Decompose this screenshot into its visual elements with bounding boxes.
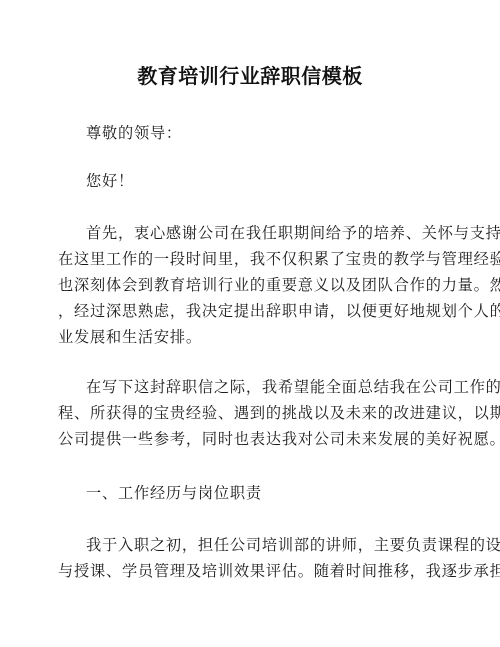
document-title: 教育培训行业辞职信模板 <box>0 60 500 89</box>
greeting-text: 您好！ <box>58 168 446 194</box>
paragraph-line: 与授课、学员管理及培训效果评估。随着时间推移，我逐步承担了 <box>58 558 446 584</box>
greeting: 您好！ <box>58 168 446 194</box>
paragraph-line: 也深刻体会到教育培训行业的重要意义以及团队合作的力量。然而 <box>58 272 446 298</box>
paragraph-line: 业发展和生活安排。 <box>58 324 446 350</box>
salutation-text: 尊敬的领导： <box>58 120 446 146</box>
paragraph-line: 在这里工作的一段时间里，我不仅积累了宝贵的教学与管理经验， <box>58 246 446 272</box>
paragraph-line: 公司提供一些参考，同时也表达我对公司未来发展的美好祝愿。 <box>58 426 446 452</box>
paragraph-line: 在写下这封辞职信之际，我希望能全面总结我在公司工作的过 <box>58 374 446 400</box>
paragraph-line: 程、所获得的宝贵经验、遇到的挑战以及未来的改进建议，以期为 <box>58 400 446 426</box>
paragraph-summary: 在写下这封辞职信之际，我希望能全面总结我在公司工作的过 程、所获得的宝贵经验、遇… <box>58 374 446 452</box>
section-heading-text: 一、工作经历与岗位职责 <box>58 480 446 506</box>
section-heading: 一、工作经历与岗位职责 <box>58 480 446 506</box>
paragraph-line: 我于入职之初，担任公司培训部的讲师，主要负责课程的设计 <box>58 532 446 558</box>
salutation: 尊敬的领导： <box>58 120 446 146</box>
paragraph-experience: 我于入职之初，担任公司培训部的讲师，主要负责课程的设计 与授课、学员管理及培训效… <box>58 532 446 584</box>
paragraph-line: 首先，衷心感谢公司在我任职期间给予的培养、关怀与支持。 <box>58 220 446 246</box>
paragraph-line: ，经过深思熟虑，我决定提出辞职申请，以便更好地规划个人的职 <box>58 298 446 324</box>
paragraph-thanks: 首先，衷心感谢公司在我任职期间给予的培养、关怀与支持。 在这里工作的一段时间里，… <box>58 220 446 350</box>
